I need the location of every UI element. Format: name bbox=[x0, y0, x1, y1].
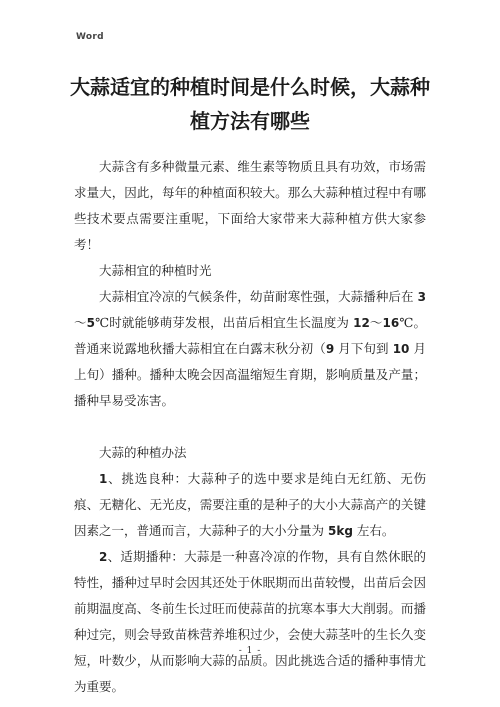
document-body: 大蒜含有多种微量元素、维生素等物质且具有功效，市场需求量大，因此，每年的种植面积… bbox=[0, 138, 500, 700]
planting-time-paragraph: 大蒜相宜冷凉的气候条件，幼苗耐寒性强，大蒜播种后在 3～5℃时就能够萌芽发根，出… bbox=[74, 284, 426, 414]
word-app-label: Word bbox=[76, 32, 104, 42]
document-title: 大蒜适宜的种植时间是什么时候，大蒜种植方法有哪些 bbox=[0, 0, 500, 138]
document-page: Word 大蒜适宜的种植时间是什么时候，大蒜种植方法有哪些 大蒜含有多种微量元素… bbox=[0, 0, 500, 707]
intro-paragraph: 大蒜含有多种微量元素、维生素等物质且具有功效，市场需求量大，因此，每年的种植面积… bbox=[74, 154, 426, 258]
method-step-1-paragraph: 1、挑选良种：大蒜种子的选中要求是纯白无红筋、无伤痕、无糖化、无光皮，需要注重的… bbox=[74, 466, 426, 544]
method-step-2-paragraph: 2、适期播种：大蒜是一种喜冷凉的作物，具有自然休眠的特性，播种过早时会因其还处于… bbox=[74, 544, 426, 700]
section-heading-planting-method: 大蒜的种植办法 bbox=[74, 440, 426, 466]
section-heading-planting-time: 大蒜相宜的种植时光 bbox=[74, 258, 426, 284]
page-number: - 1 - bbox=[0, 646, 500, 656]
